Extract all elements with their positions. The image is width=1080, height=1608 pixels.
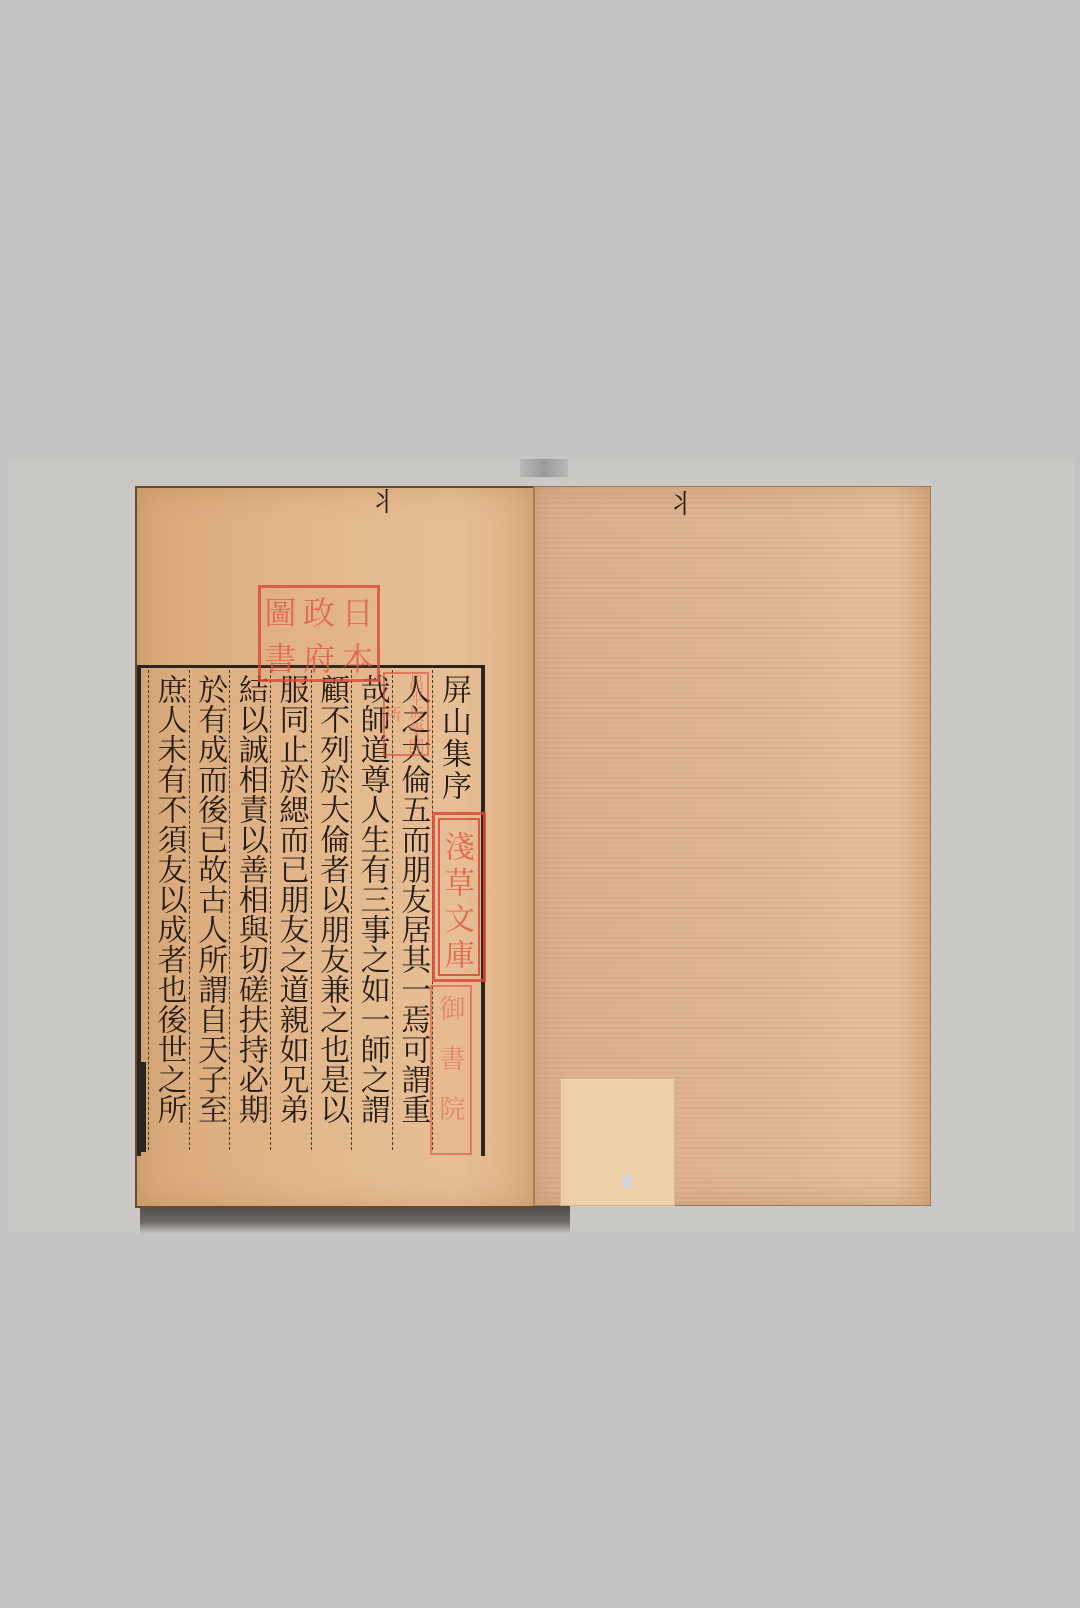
seal-char: 日 — [338, 588, 377, 634]
seal-japan-government-library: 日 本 政 府 圖 書 — [258, 585, 380, 682]
book-shadow — [140, 1204, 570, 1234]
text-column: 顧不列於大倫者以朋友兼之也是以甘 — [311, 670, 352, 1150]
text-column: 服同止於緦而已朋友之道親如兄弟相 — [270, 670, 311, 1150]
text-column: 於有成而後已故古人所謂自天子至於 — [189, 670, 230, 1150]
seal-small: 昌平坂學問所 — [383, 672, 429, 756]
patch-hole — [622, 1175, 632, 1189]
seal-char: 政 — [300, 588, 339, 634]
margin-black-bar — [137, 1062, 146, 1152]
text-column: 結以誠相責以善相與切磋扶持必期至 — [229, 670, 270, 1150]
text-column: 庶人未有不須友以成者也後世之所謂 — [148, 670, 189, 1150]
seal-lower: 御書院 — [430, 985, 472, 1155]
seal-char: 圖 — [261, 588, 300, 634]
seal-char: 本 — [338, 634, 377, 680]
spine-shadow — [520, 459, 568, 477]
wormhole-right: ⺦ — [668, 492, 694, 518]
seal-char: 書 — [261, 634, 300, 680]
wormhole-left: ⺦ — [370, 490, 396, 516]
seal-asakusa-bunko: 淺草文庫 — [432, 812, 486, 982]
seal-char: 府 — [300, 634, 339, 680]
page-fold — [533, 486, 535, 1204]
repair-patch — [560, 1078, 675, 1206]
